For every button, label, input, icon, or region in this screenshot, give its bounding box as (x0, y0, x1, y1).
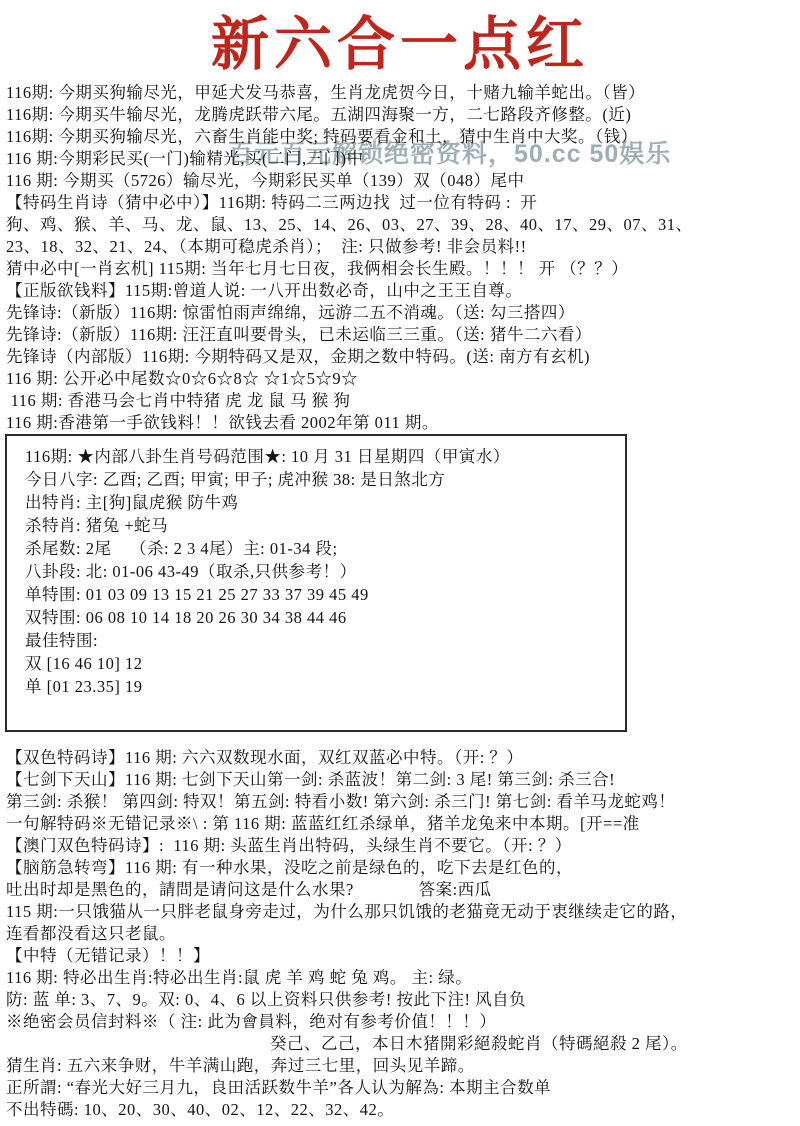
text-line: 【特码生肖诗（猜中必中）】116期: 特码二三两边找 过一位有特码 : 开 (0, 192, 800, 214)
text-line: 116 期: 特必出生肖:特必出生肖:鼠 虎 羊 鸡 蛇 兔 鸡。 主: 绿。 (0, 967, 800, 989)
text-line: 116 期: 今期买（5726）输尽光，今期彩民买单（139）双（048）尾中 (0, 170, 800, 192)
text-line: 猜生肖: 五六来争财，牛羊满山跑，奔过三七里，回头见羊蹄。 (0, 1055, 800, 1077)
text-line: 先锋诗:（新版）116期: 汪汪直叫要骨头，已未运临三三重。（送: 猪牛二六看） (0, 324, 800, 346)
text-line: 出特肖: 主[狗]鼠虎猴 防牛鸡 (25, 491, 617, 514)
text-line: 116期: 今期买狗输尽光，六畜生肖能中奖; 特码要看金和土，猜中生肖中大奖。（… (0, 126, 800, 148)
text-line: 单特围: 01 03 09 13 15 21 25 27 33 37 39 45… (25, 583, 617, 606)
text-line: 今日八字: 乙酉; 乙酉; 甲寅; 甲子; 虎冲猴 38: 是日煞北方 (25, 468, 617, 491)
text-line: 【七剑下天山】116 期: 七剑下天山第一剑: 杀蓝波！第二剑: 3 尾! 第三… (0, 769, 800, 791)
text-line: 一句解特码※无错记录※\ : 第 116 期: 蓝蓝红红杀绿单，猪羊龙兔来中本期… (0, 813, 800, 835)
text-line: 杀特肖: 猪兔 +蛇马 (25, 514, 617, 537)
text-line: 连看都没看这只老鼠。 (0, 923, 800, 945)
text-line: 先锋诗（内部版）116期: 今期特码又是双，金期之数中特码。(送: 南方有玄机) (0, 346, 800, 368)
bagua-box: 116期: ★内部八卦生肖号码范围★: 10 月 31 日星期四（甲寅水） 今日… (5, 434, 627, 732)
text-line: 116期: 今期买狗输尽光，甲延犬发马恭喜，生肖龙虎贺今日，十赌九输羊蛇出。（皆… (0, 82, 800, 104)
text-line: 吐出时却是黑色的，請問是请问这是什么水果? 答案:西瓜 (0, 879, 800, 901)
page-title: 新六合一点红 (0, 8, 800, 80)
text-line: 先锋诗:（新版）116期: 惊雷怕雨声绵绵，远游二五不消魂。（送: 勾三搭四） (0, 302, 800, 324)
text-line: 八卦段: 北: 01-06 43-49（取杀,只供参考！） (25, 560, 617, 583)
text-line: 杀尾数: 2尾 （杀: 2 3 4尾）主: 01-34 段; (25, 537, 617, 560)
text-line: 【双色特码诗】116 期: 六六双数现水面，双红双蓝必中特。（开: ？） (0, 747, 800, 769)
text-line: 116期: ★内部八卦生肖号码范围★: 10 月 31 日星期四（甲寅水） (25, 445, 617, 468)
text-line: 癸己、乙己，本日木猪開彩絕殺蛇肖（特碼絕殺 2 尾）。 (0, 1033, 800, 1055)
text-line: 116 期: 香港马会七肖中特猪 虎 龙 鼠 马 猴 狗 (0, 390, 800, 412)
text-line: 狗、鸡、猴、羊、马、龙、鼠、13、25、14、26、03、27、39、28、40… (0, 214, 800, 236)
text-line: 【中特（无错记录）！！】 (0, 945, 800, 967)
top-tips-list: 116期: 今期买狗输尽光，甲延犬发马恭喜，生肖龙虎贺今日，十赌九输羊蛇出。（皆… (0, 82, 800, 434)
text-line: 23、18、32、21、24、（本期可稳虎杀肖）； 注: 只做参考! 非会员料!… (0, 236, 800, 258)
text-line: 115 期:一只饿猫从一只胖老鼠身旁走过，为什么那只饥饿的老猫竟无动于衷继续走它… (0, 901, 800, 923)
page: 新六合一点红 百元百元解锁绝密资料，50.cc 50娱乐 116期: 今期买狗输… (0, 0, 800, 1126)
text-line: 116 期:今期彩民买(一门)输精光,买(二门,三门)中 (0, 148, 800, 170)
text-line: 单 [01 23.35] 19 (25, 675, 617, 698)
text-line: 双 [16 46 10] 12 (25, 652, 617, 675)
text-line: ※绝密会员信封料※（ 注: 此为會員料，绝对有参考价值！！！） (0, 1011, 800, 1033)
text-line: 【脑筋急转弯】116 期: 有一种水果，没吃之前是绿色的，吃下去是红色的， (0, 857, 800, 879)
text-line: 【澳门双色特码诗】: 116 期: 头蓝生肖出特码，头绿生肖不要它。（开: ？） (0, 835, 800, 857)
text-line: 【正版欲钱料】115期:曾道人说: 一八开出数必奇，山中之王王自尊。 (0, 280, 800, 302)
text-line: 防: 蓝 单: 3、7、9。双: 0、4、6 以上资料只供参考! 按此下注! 风… (0, 989, 800, 1011)
text-line: 第三剑: 杀猴！ 第四剑: 特双！第五剑: 特看小数! 第六剑: 杀三门! 第七… (0, 791, 800, 813)
bottom-tips-list: 【双色特码诗】116 期: 六六双数现水面，双红双蓝必中特。（开: ？） 【七剑… (0, 747, 800, 1121)
text-line: 最佳特围: (25, 629, 617, 652)
text-line: 双特围: 06 08 10 14 18 20 26 30 34 38 44 46 (25, 606, 617, 629)
text-line: 116期: 今期买牛输尽光，龙腾虎跃带六尾。五湖四海聚一方，二七路段齐修整。(近… (0, 104, 800, 126)
text-line: 116 期:香港第一手欲钱料！！欲钱去看 2002年第 011 期。 (0, 412, 800, 434)
text-line: 116 期: 公开必中尾数☆0☆6☆8☆ ☆1☆5☆9☆ (0, 368, 800, 390)
text-line: 猜中必中[一肖玄机] 115期: 当年七月七日夜，我俩相会长生殿。！！！ 开 （… (0, 258, 800, 280)
text-line: 不出特碼: 10、20、30、40、02、12、22、32、42。 (0, 1099, 800, 1121)
text-line: 正所謂: “春光大好三月九，良田活跃数牛羊”各人认为解為: 本期主合数单 (0, 1077, 800, 1099)
